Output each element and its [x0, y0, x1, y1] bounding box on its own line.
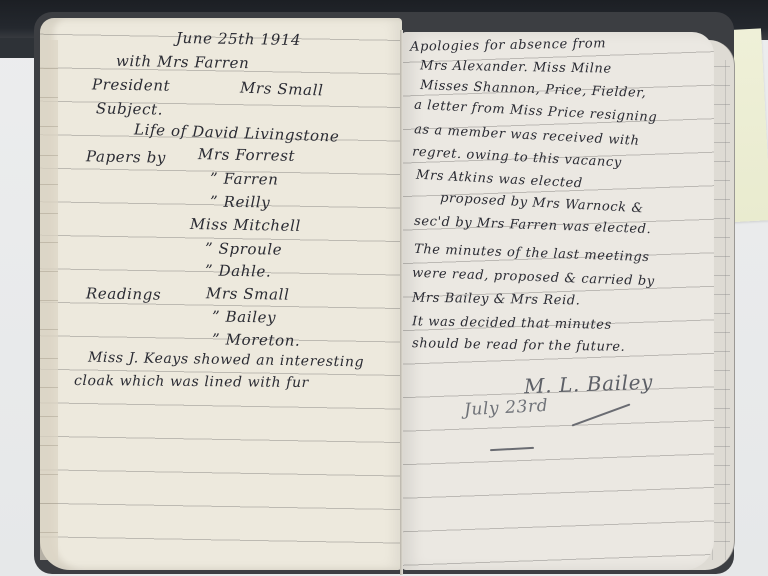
subject-label: Subject.: [96, 99, 163, 118]
readings-item: ” Bailey: [212, 307, 276, 326]
papers-item: ” Farren: [210, 169, 279, 188]
papers-label: Papers by: [86, 147, 166, 166]
signature: M. L. Bailey: [524, 370, 654, 398]
notebook-spine: [400, 30, 403, 575]
entry-date: June 25th 1914: [176, 29, 301, 49]
readings-label: Readings: [86, 284, 162, 303]
papers-item: ” Dahle.: [205, 261, 272, 280]
minutes-line: Mrs Bailey & Mrs Reid.: [412, 291, 581, 309]
entry-with: with Mrs Farren: [116, 52, 250, 72]
readings-item: ” Moreton.: [212, 330, 301, 350]
papers-item: Miss Mitchell: [190, 215, 301, 235]
president-name: Mrs Small: [240, 79, 324, 100]
readings-item: Mrs Small: [206, 284, 290, 303]
note-line: cloak which was lined with fur: [74, 373, 309, 391]
papers-item: Mrs Forrest: [198, 145, 295, 165]
photo-scene: June 25th 1914 with Mrs Farren President…: [0, 0, 768, 576]
left-page-margin: [40, 40, 58, 560]
papers-item: ” Reilly: [210, 192, 271, 211]
papers-item: ” Sproule: [205, 239, 283, 258]
president-label: President: [92, 75, 171, 94]
